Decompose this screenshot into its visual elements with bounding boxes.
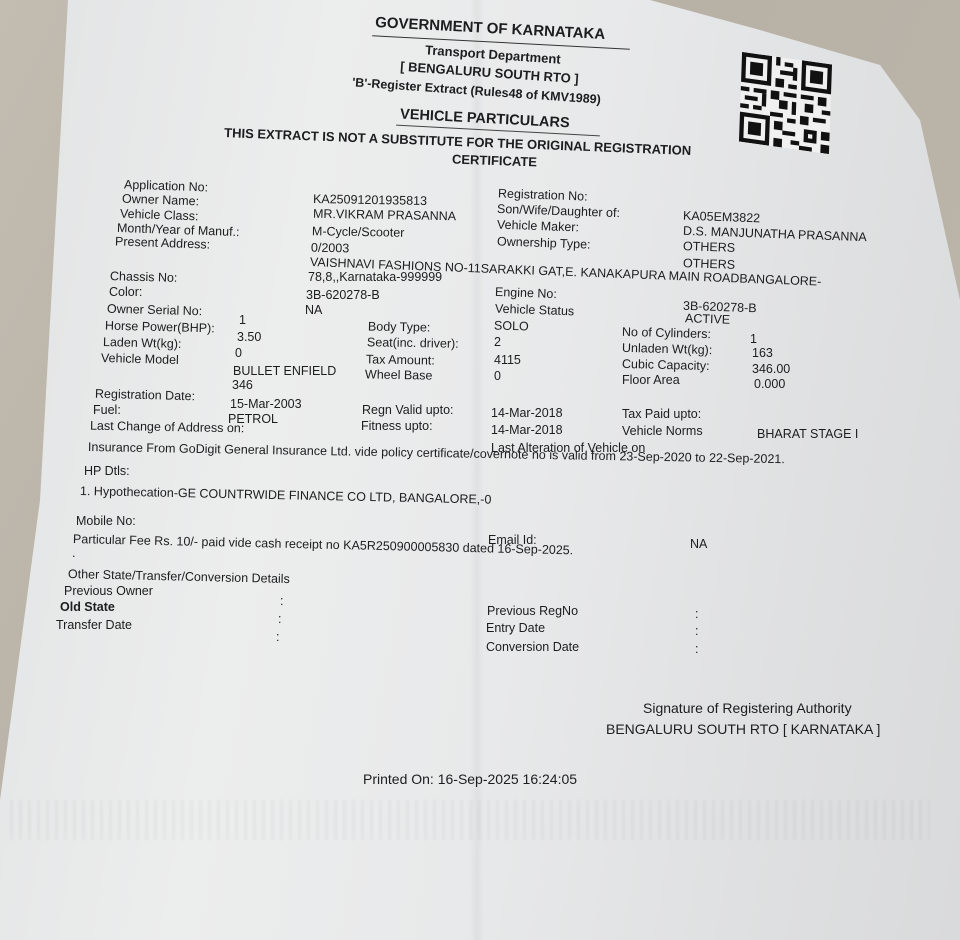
present-address-value-line2: 78,8,,Karnataka-999999 — [308, 270, 442, 284]
previous-regno-label: Previous RegNo — [487, 604, 578, 618]
signature-authority: BENGALURU SOUTH RTO [ KARNATAKA ] — [606, 722, 880, 736]
manuf-value: 0/2003 — [311, 241, 349, 256]
last-change-address-label: Last Change of Address on: — [90, 419, 245, 436]
print-smudge — [10, 800, 930, 840]
tax-amount-value: 4115 — [494, 353, 521, 367]
laden-wt-label: Laden Wt(kg): — [103, 335, 182, 351]
fee-dot: . — [72, 546, 75, 560]
ownership-type-value: OTHERS — [683, 256, 736, 272]
fuel-label: Fuel: — [93, 403, 121, 417]
color-value: NA — [305, 303, 322, 317]
conversion-date-label: Conversion Date — [486, 640, 579, 654]
mobile-no-label: Mobile No: — [76, 514, 136, 528]
horse-power-label: Horse Power(BHP): — [105, 319, 215, 336]
transfer-date-colon: : — [276, 630, 279, 644]
vehicle-maker-value: OTHERS — [683, 239, 736, 255]
floor-area-label: Floor Area — [622, 373, 680, 387]
conversion-date-colon: : — [695, 642, 698, 656]
seat-label: Seat(inc. driver): — [367, 335, 459, 351]
body-type-value: SOLO — [494, 319, 529, 334]
body-type-label: Body Type: — [368, 319, 431, 334]
wheel-base-label: Wheel Base — [365, 367, 433, 382]
previous-owner-label: Previous Owner — [64, 584, 153, 598]
fitness-label: Fitness upto: — [361, 419, 433, 433]
owner-name-value: MR.VIKRAM PRASANNA — [313, 207, 456, 223]
cylinders-label: No of Cylinders: — [622, 325, 711, 341]
registration-no-value: KA05EM3822 — [683, 209, 761, 226]
vehicle-model-value-line1: BULLET ENFIELD — [233, 364, 336, 378]
vehicle-maker-label: Vehicle Maker: — [497, 218, 579, 235]
entry-date-label: Entry Date — [486, 621, 545, 635]
seat-value: 2 — [494, 335, 501, 349]
printed-on: Printed On: 16-Sep-2025 16:24:05 — [363, 772, 577, 786]
vehicle-model-value-line2: 346 — [232, 378, 253, 392]
vehicle-norms-label: Vehicle Norms — [622, 424, 703, 438]
registration-date-value: 15-Mar-2003 — [230, 397, 302, 411]
hp-details-label: HP Dtls: — [84, 464, 130, 478]
qr-code-icon — [726, 50, 844, 156]
cubic-capacity-value: 346.00 — [752, 362, 790, 376]
fitness-value: 14-Mar-2018 — [491, 423, 563, 437]
cylinders-value: 1 — [750, 332, 757, 346]
old-state-label: Old State — [60, 600, 115, 614]
entry-date-colon: : — [695, 624, 698, 638]
application-no-value: KA25091201935813 — [313, 192, 427, 208]
email-id-value: NA — [690, 537, 707, 551]
unladen-wt-value: 163 — [752, 346, 773, 360]
disclaimer-line2: CERTIFICATE — [452, 153, 537, 170]
vehicle-norms-value: BHARAT STAGE I — [757, 427, 858, 441]
vehicle-status-label: Vehicle Status — [495, 302, 575, 319]
wheel-base-value: 0 — [494, 369, 501, 383]
color-label: Color: — [109, 285, 142, 299]
vehicle-model-label: Vehicle Model — [101, 351, 179, 367]
previous-regno-colon: : — [695, 607, 698, 621]
vehicle-status-value: ACTIVE — [685, 311, 731, 327]
engine-no-label: Engine No: — [495, 285, 557, 301]
horse-power-value: 3.50 — [237, 330, 261, 344]
floor-area-value: 0.000 — [754, 377, 785, 391]
chassis-no-value: 3B-620278-B — [306, 288, 380, 302]
tax-paid-label: Tax Paid upto: — [622, 407, 701, 421]
owner-serial-value: 1 — [239, 313, 246, 327]
chassis-no-label: Chassis No: — [110, 269, 178, 285]
vehicle-class-value: M-Cycle/Scooter — [312, 224, 405, 240]
owner-serial-label: Owner Serial No: — [107, 302, 203, 318]
previous-owner-colon: : — [280, 594, 283, 608]
regn-valid-value: 14-Mar-2018 — [491, 406, 563, 420]
old-state-colon: : — [278, 612, 281, 626]
transfer-date-label: Transfer Date — [56, 618, 132, 632]
cubic-capacity-label: Cubic Capacity: — [622, 357, 710, 373]
registration-date-label: Registration Date: — [95, 387, 195, 404]
unladen-wt-label: Unladen Wt(kg): — [622, 341, 713, 357]
signature-label: Signature of Registering Authority — [643, 701, 852, 715]
laden-wt-value: 0 — [235, 346, 242, 360]
owner-name-label: Owner Name: — [122, 192, 200, 209]
regn-valid-label: Regn Valid upto: — [362, 403, 454, 417]
tax-amount-label: Tax Amount: — [366, 352, 435, 367]
